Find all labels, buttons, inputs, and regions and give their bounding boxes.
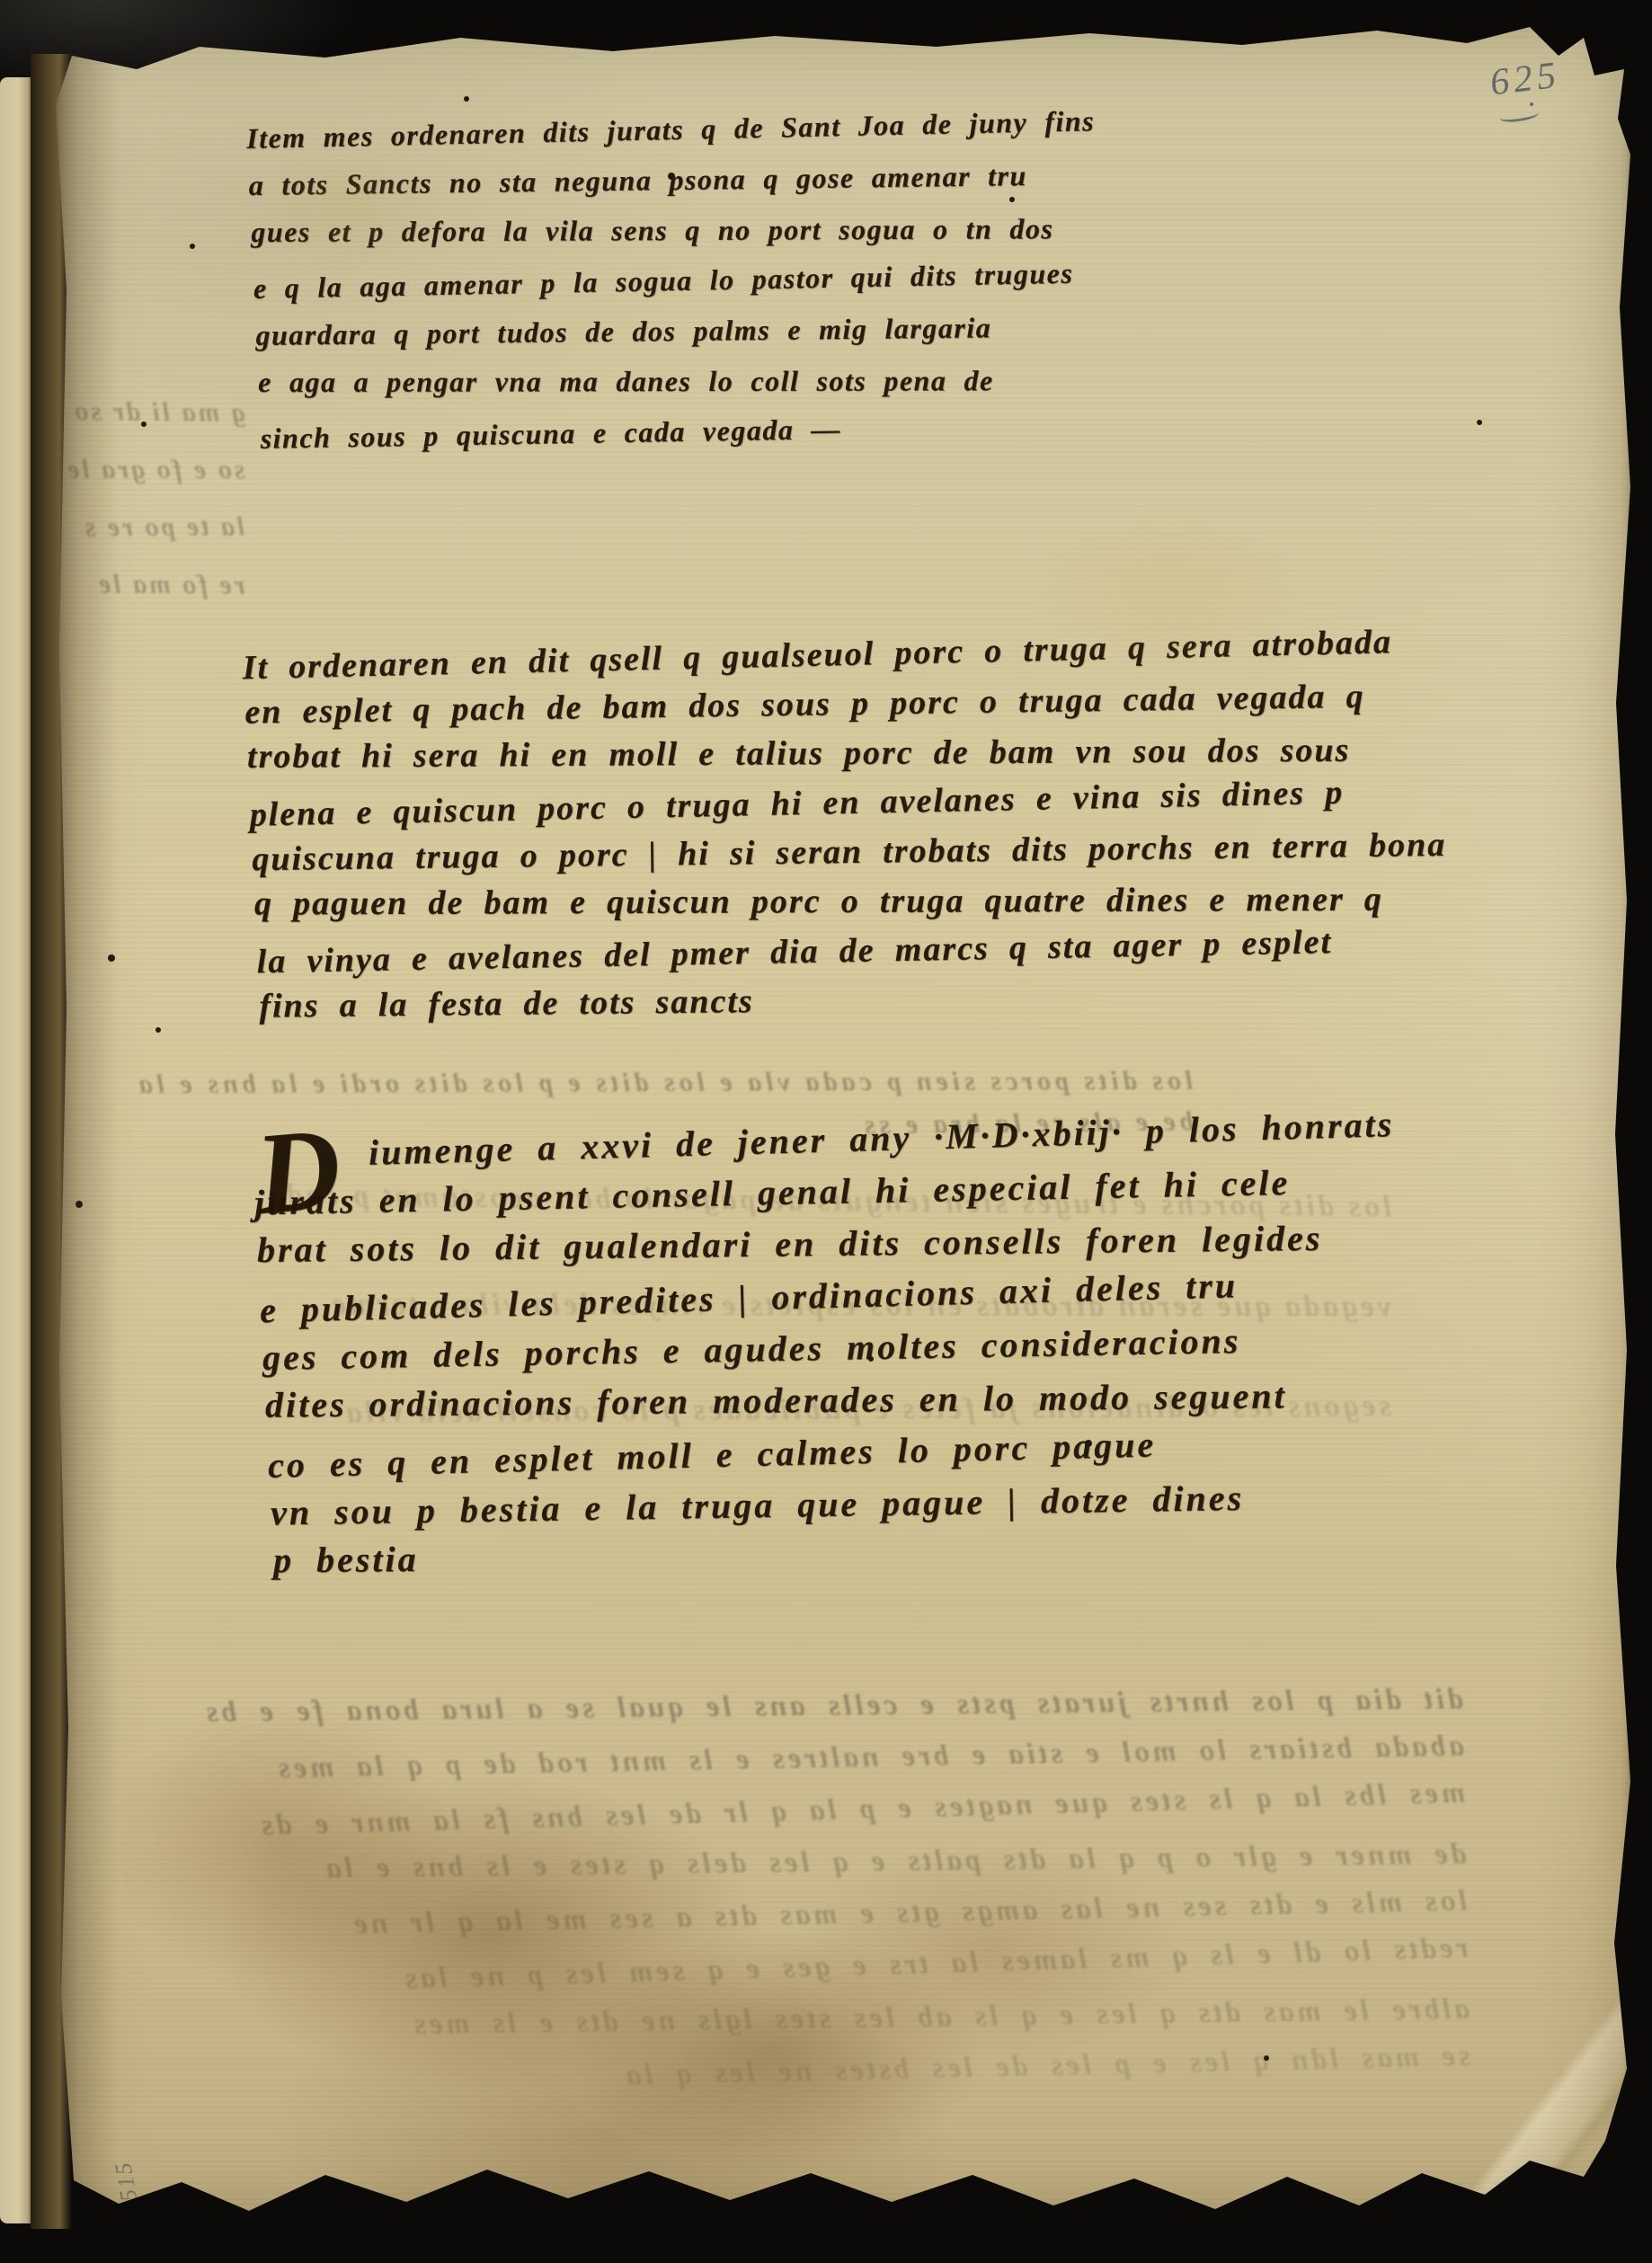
manuscript-page: g ma li dr soso e fo gra lela te po re s… [56, 20, 1630, 2218]
manuscript-line: sinch sous p quiscuna e cada vegada — [260, 408, 1098, 473]
folio-number-underline [1498, 107, 1539, 124]
bleedthrough-left-margin: g ma li dr soso e fo gra lela te po re s… [70, 397, 244, 627]
ink-specks [56, 20, 59, 23]
bleedthrough-line: so e fo gra le [65, 455, 244, 512]
old-folio-number: 515 [110, 2159, 143, 2204]
folio-number-dot [1530, 102, 1533, 106]
bleedthrough-bottom-block: dit dia p los hnrts jurats psts e cells … [209, 1676, 1470, 2119]
manuscript-line: p bestia [273, 1531, 1402, 1592]
facing-page-edge [0, 77, 32, 2223]
bleedthrough-line: g ma li dr so [63, 396, 245, 456]
paragraph-2: It ordenaren en dit qsell q gualseuol po… [249, 627, 1448, 1037]
bleedthrough-line: la te po re s [67, 511, 245, 570]
folio-number: 625 [1488, 53, 1562, 104]
paragraph-3: D iumenge a xxvi de jener any ·M·D·xbiij… [259, 1108, 1402, 1597]
manuscript-line: a tots Sancts no sta neguna psona q gose… [249, 158, 1097, 219]
paragraph-1: Item mes ordenaren dits jurats q de Sant… [253, 109, 1098, 470]
manuscript-line: e aga a pengar vna ma danes lo coll sots… [258, 364, 1097, 416]
bleedthrough-line: re fo ma le [68, 569, 245, 628]
manuscript-line: guardara q port tudos de dos palms e mig… [255, 310, 1097, 369]
